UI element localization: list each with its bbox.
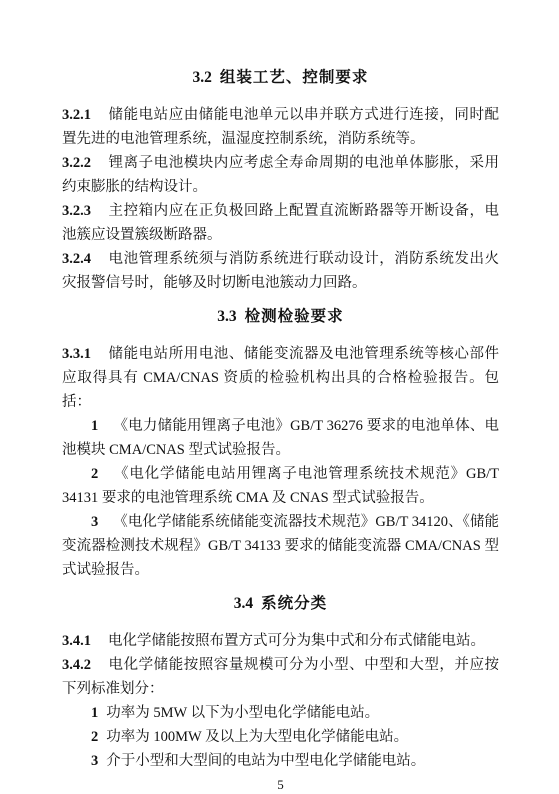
section-title: 组装工艺、控制要求 bbox=[220, 69, 369, 86]
clause-3-2-1: 3.2.1储能电站应由储能电池单元以串并联方式进行连接，同时配置先进的电池管理系… bbox=[62, 103, 499, 151]
clause-3-2-2: 3.2.2锂离子电池模块内应考虑全寿命周期的电池单体膨胀，采用约束膨胀的结构设计… bbox=[62, 151, 499, 199]
item-number: 1 bbox=[91, 418, 98, 434]
clause-number: 3.4.1 bbox=[62, 633, 91, 649]
list-item-3-4-2-1: 1功率为 5MW 以下为小型电化学储能电站。 bbox=[62, 701, 499, 725]
section-heading-3-3: 3.3检测检验要求 bbox=[62, 307, 499, 327]
clause-3-2-3: 3.2.3主控箱内应在正负极回路上配置直流断路器等开断设备，电池簇应设置簇级断路… bbox=[62, 199, 499, 247]
item-text: 功率为 100MW 及以上为大型电化学储能电站。 bbox=[106, 729, 408, 745]
list-item-3-4-2-3: 3介于小型和大型间的电站为中型电化学储能电站。 bbox=[62, 749, 499, 773]
section-number: 3.3 bbox=[217, 308, 236, 325]
item-text: 《电力储能用锂离子电池》GB/T 36276 要求的电池单体、电池模块 CMA/… bbox=[62, 418, 499, 458]
document-page: 3.2组装工艺、控制要求 3.2.1储能电站应由储能电池单元以串并联方式进行连接… bbox=[0, 0, 559, 794]
section-title: 系统分类 bbox=[261, 595, 327, 612]
item-text: 《电化学储能电站用锂离子电池管理系统技术规范》GB/T 34131 要求的电池管… bbox=[62, 466, 499, 506]
list-item-3-3-1-3: 3《电化学储能系统储能变流器技术规范》GB/T 34120、《储能变流器检测技术… bbox=[62, 510, 499, 582]
list-item-3-4-2-2: 2功率为 100MW 及以上为大型电化学储能电站。 bbox=[62, 725, 499, 749]
section-title: 检测检验要求 bbox=[245, 308, 344, 325]
clause-number: 3.4.2 bbox=[62, 657, 91, 673]
section-number: 3.2 bbox=[193, 69, 212, 86]
page-number: 5 bbox=[62, 776, 499, 794]
clause-text: 储能电站应由储能电池单元以串并联方式进行连接，同时配置先进的电池管理系统，温湿度… bbox=[62, 107, 499, 147]
item-text: 《电化学储能系统储能变流器技术规范》GB/T 34120、《储能变流器检测技术规… bbox=[62, 514, 499, 578]
clause-text: 电池管理系统须与消防系统进行联动设计，消防系统发出火灾报警信号时，能够及时切断电… bbox=[62, 251, 499, 291]
section-heading-3-4: 3.4系统分类 bbox=[62, 594, 499, 614]
clause-number: 3.2.2 bbox=[62, 155, 91, 171]
section-number: 3.4 bbox=[234, 595, 253, 612]
item-text: 介于小型和大型间的电站为中型电化学储能电站。 bbox=[106, 753, 425, 769]
clause-text: 锂离子电池模块内应考虑全寿命周期的电池单体膨胀，采用约束膨胀的结构设计。 bbox=[62, 155, 499, 195]
clause-number: 3.2.1 bbox=[62, 107, 91, 123]
list-item-3-3-1-2: 2《电化学储能电站用锂离子电池管理系统技术规范》GB/T 34131 要求的电池… bbox=[62, 462, 499, 510]
clause-text: 主控箱内应在正负极回路上配置直流断路器等开断设备，电池簇应设置簇级断路器。 bbox=[62, 203, 499, 243]
clause-text: 电化学储能按照容量规模可分为小型、中型和大型，并应按下列标准划分： bbox=[62, 657, 499, 697]
section-heading-3-2: 3.2组装工艺、控制要求 bbox=[62, 68, 499, 88]
item-text: 功率为 5MW 以下为小型电化学储能电站。 bbox=[106, 705, 379, 721]
item-number: 3 bbox=[91, 514, 98, 530]
list-item-3-3-1-1: 1《电力储能用锂离子电池》GB/T 36276 要求的电池单体、电池模块 CMA… bbox=[62, 414, 499, 462]
clause-3-2-4: 3.2.4电池管理系统须与消防系统进行联动设计，消防系统发出火灾报警信号时，能够… bbox=[62, 247, 499, 295]
item-number: 3 bbox=[91, 753, 98, 769]
clause-3-4-2: 3.4.2电化学储能按照容量规模可分为小型、中型和大型，并应按下列标准划分： bbox=[62, 653, 499, 701]
clause-number: 3.3.1 bbox=[62, 346, 91, 362]
item-number: 2 bbox=[91, 729, 98, 745]
item-number: 2 bbox=[91, 466, 98, 482]
clause-3-3-1: 3.3.1储能电站所用电池、储能变流器及电池管理系统等核心部件应取得具有 CMA… bbox=[62, 342, 499, 414]
clause-number: 3.2.3 bbox=[62, 203, 91, 219]
item-number: 1 bbox=[91, 705, 98, 721]
clause-3-4-1: 3.4.1电化学储能按照布置方式可分为集中式和分布式储能电站。 bbox=[62, 629, 499, 653]
clause-number: 3.2.4 bbox=[62, 251, 91, 267]
clause-text: 储能电站所用电池、储能变流器及电池管理系统等核心部件应取得具有 CMA/CNAS… bbox=[62, 346, 499, 410]
clause-text: 电化学储能按照布置方式可分为集中式和分布式储能电站。 bbox=[108, 633, 485, 649]
